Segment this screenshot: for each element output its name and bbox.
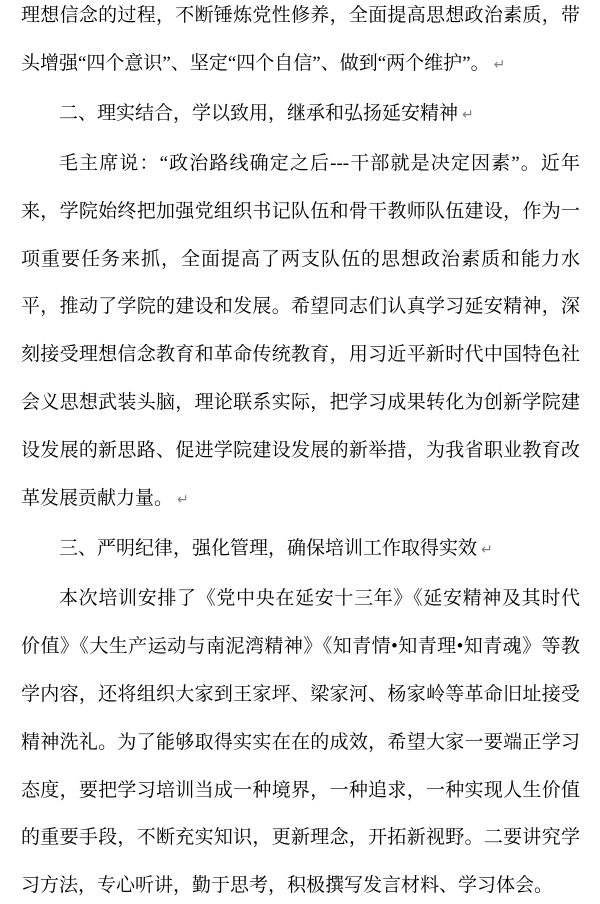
heading-text: 三、严明纪律，强化管理，确保培训工作取得实效 [59,538,477,559]
paragraph-continuation: 理想信念的过程，不断锤炼党性修养，全面提高思想政治素质，带头增强“四个意识”、坚… [21,0,580,90]
document-page: 理想信念的过程，不断锤炼党性修养，全面提高思想政治素质，带头增强“四个意识”、坚… [0,0,600,904]
heading-section-2: 二、理实结合，学以致用，继承和弘扬延安精神↵ [21,90,580,140]
paragraph-mark-icon: ↵ [494,57,506,73]
heading-section-3: 三、严明纪律，强化管理，确保培训工作取得实效↵ [21,525,580,575]
paragraph-section-2-body: 毛主席说：“政治路线确定之后---干部就是决定因素”。近年来，学院始终把加强党组… [21,140,580,525]
paragraph-mark-icon: ↵ [177,492,189,508]
paragraph-section-3-body: 本次培训安排了《党中央在延安十三年》《延安精神及其时代价值》《大生产运动与南泥湾… [21,575,580,904]
heading-text: 二、理实结合，学以致用，继承和弘扬延安精神 [59,103,458,124]
paragraph-text: 毛主席说：“政治路线确定之后---干部就是决定因素”。近年来，学院始终把加强党组… [21,153,580,509]
paragraph-mark-icon: ↵ [462,107,474,123]
paragraph-text: 本次培训安排了《党中央在延安十三年》《延安精神及其时代价值》《大生产运动与南泥湾… [21,588,580,896]
document-content: 理想信念的过程，不断锤炼党性修养，全面提高思想政治素质，带头增强“四个意识”、坚… [21,0,580,904]
paragraph-mark-icon: ↵ [481,542,493,558]
